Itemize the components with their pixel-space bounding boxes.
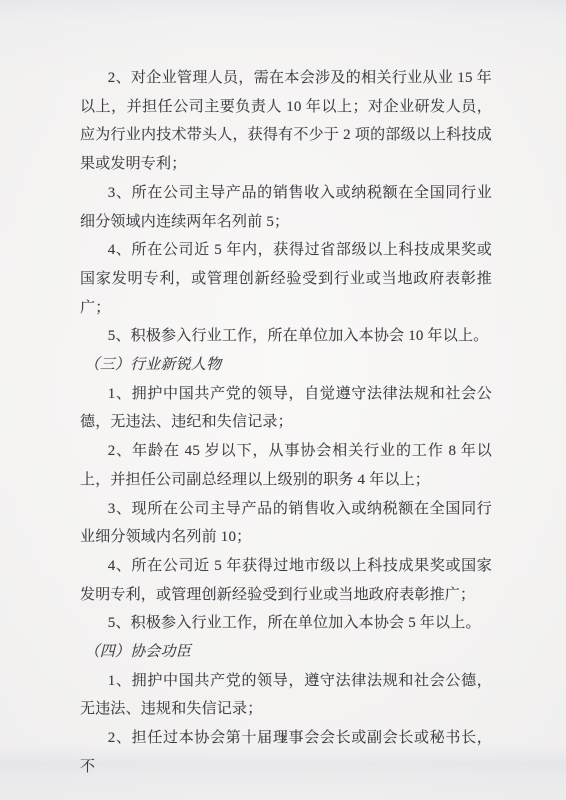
document-body: 2、对企业管理人员，需在本会涉及的相关行业从业 15 年以上，并担任公司主要负责… (80, 64, 492, 782)
paragraph: 2、年龄在 45 岁以下，从事协会相关行业的工作 8 年以上，并担任公司副总经理… (80, 437, 492, 494)
paragraph: 5、积极参入行业工作，所在单位加入本协会 10 年以上。 (80, 322, 492, 351)
paragraph: 5、积极参入行业工作，所在单位加入本协会 5 年以上。 (80, 609, 492, 638)
paragraph: 4、所在公司近 5 年获得过地市级以上科技成果奖或国家发明专利，或管理创新经验受… (80, 552, 492, 609)
scanned-document-page: 2、对企业管理人员，需在本会涉及的相关行业从业 15 年以上，并担任公司主要负责… (0, 0, 566, 800)
paragraph: 1、拥护中国共产党的领导，自觉遵守法律法规和社会公德，无违法、违纪和失信记录； (80, 380, 492, 437)
paragraph: 3、所在公司主导产品的销售收入或纳税额在全国同行业细分领域内连续两年名列前 5； (80, 179, 492, 236)
section-heading: （四）协会功臣 (80, 638, 492, 667)
section-heading: （三）行业新锐人物 (80, 351, 492, 380)
page-number: 3 (0, 733, 566, 745)
paragraph: 4、所在公司近 5 年内，获得过省部级以上科技成果奖或国家发明专利，或管理创新经… (80, 236, 492, 322)
paragraph: 3、现所在公司主导产品的销售收入或纳税额在全国同行业细分领域内名列前 10； (80, 495, 492, 552)
paragraph: 2、对企业管理人员，需在本会涉及的相关行业从业 15 年以上，并担任公司主要负责… (80, 64, 492, 179)
paragraph: 1、拥护中国共产党的领导，遵守法律法规和社会公德，无违法、违规和失信记录； (80, 667, 492, 724)
